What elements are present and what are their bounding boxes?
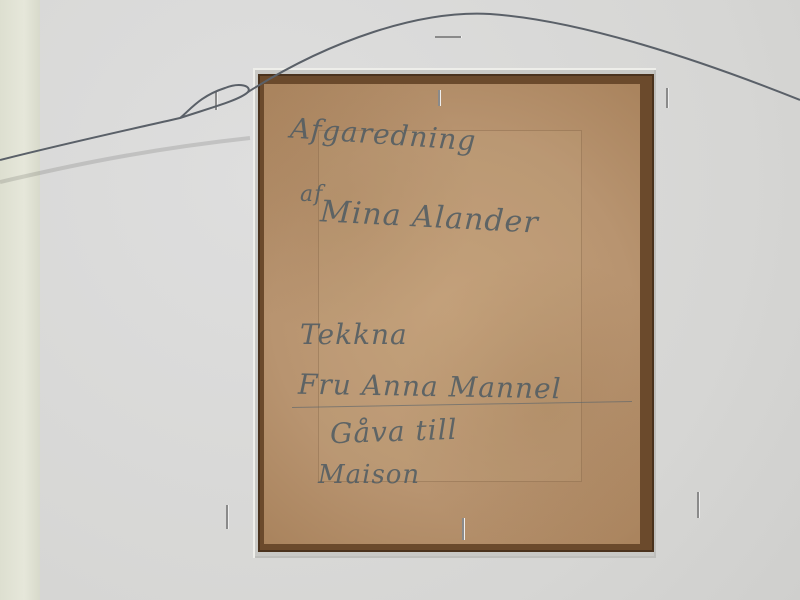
staple: [226, 505, 228, 529]
staple: [462, 518, 464, 540]
staple: [697, 492, 699, 518]
inscription-line-6: Gåva till: [329, 413, 458, 450]
inscription-line-4: Tekkna: [300, 318, 408, 351]
staple: [438, 90, 440, 106]
masking-tape-strip: [0, 0, 41, 600]
inscription-line-5: Fru Anna Mannel: [298, 368, 562, 406]
staple: [666, 88, 668, 108]
inscription-line-7: Maison: [318, 460, 420, 490]
staple: [435, 36, 461, 38]
staple: [215, 92, 217, 110]
